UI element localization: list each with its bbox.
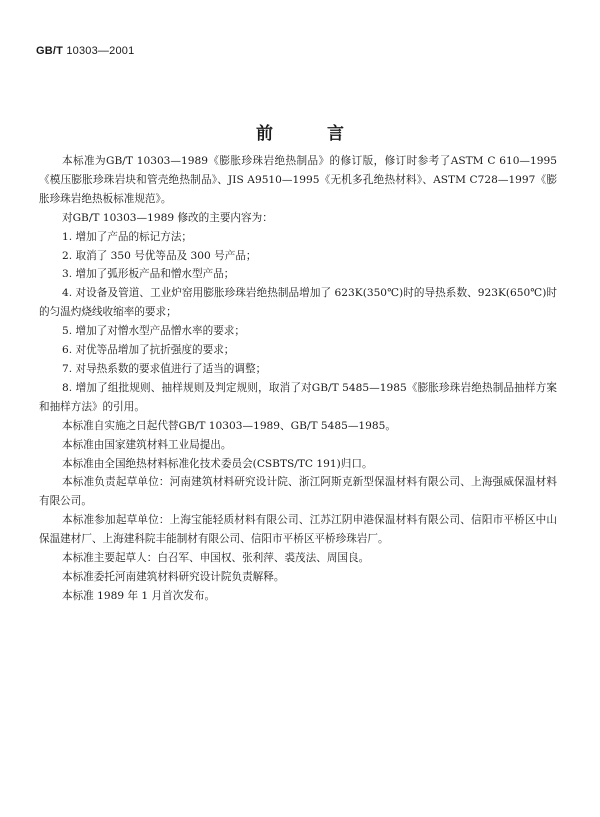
- paragraph-interpretation: 本标准委托河南建筑材料研究设计院负责解释。: [39, 568, 557, 587]
- document-code: GB/T 10303—2001: [36, 45, 134, 57]
- paragraph-changes-heading: 对GB/T 10303—1989 修改的主要内容为：: [39, 209, 557, 228]
- paragraph-drafting-participants: 本标准参加起草单位：上海宝能轻质材料有限公司、江苏江阴申港保温材料有限公司、信阳…: [39, 511, 557, 549]
- change-item-2: 2. 取消了 350 号优等品及 300 号产品；: [39, 247, 557, 266]
- page-title: 前言: [0, 119, 600, 144]
- paragraph-first-issued: 本标准 1989 年 1 月首次发布。: [39, 587, 557, 606]
- paragraph-technical-committee: 本标准由全国绝热材料标准化技术委员会(CSBTS/TC 191)归口。: [39, 455, 557, 474]
- paragraph-drafting-lead: 本标准负责起草单位：河南建筑材料研究设计院、浙江阿斯克新型保温材料有限公司、上海…: [39, 473, 557, 511]
- paragraph-proposed-by: 本标准由国家建筑材料工业局提出。: [39, 436, 557, 455]
- paragraph-intro: 本标准为GB/T 10303—1989《膨胀珍珠岩绝热制品》的修订版，修订时参考…: [39, 152, 557, 209]
- change-item-5: 5. 增加了对憎水型产品憎水率的要求；: [39, 322, 557, 341]
- foreword-body: 本标准为GB/T 10303—1989《膨胀珍珠岩绝热制品》的修订版，修订时参考…: [39, 152, 557, 606]
- change-item-7: 7. 对导热系数的要求值进行了适当的调整；: [39, 360, 557, 379]
- title-char-1: 前: [256, 119, 273, 144]
- change-item-4: 4. 对设备及管道、工业炉窑用膨胀珍珠岩绝热制品增加了 623K(350℃)时的…: [39, 284, 557, 322]
- title-char-2: 言: [327, 119, 344, 144]
- document-code-number: 10303—2001: [66, 45, 134, 57]
- paragraph-supersedes: 本标准自实施之日起代替GB/T 10303—1989、GB/T 5485—198…: [39, 417, 557, 436]
- change-item-8: 8. 增加了组批规则、抽样规则及判定规则，取消了对GB/T 5485—1985《…: [39, 379, 557, 417]
- paragraph-main-drafters: 本标准主要起草人：白召军、申国权、张利萍、裘茂法、周国良。: [39, 549, 557, 568]
- document-code-prefix: GB/T: [36, 45, 63, 57]
- change-item-1: 1. 增加了产品的标记方法；: [39, 228, 557, 247]
- change-item-6: 6. 对优等品增加了抗折强度的要求；: [39, 341, 557, 360]
- change-item-3: 3. 增加了弧形板产品和憎水型产品；: [39, 265, 557, 284]
